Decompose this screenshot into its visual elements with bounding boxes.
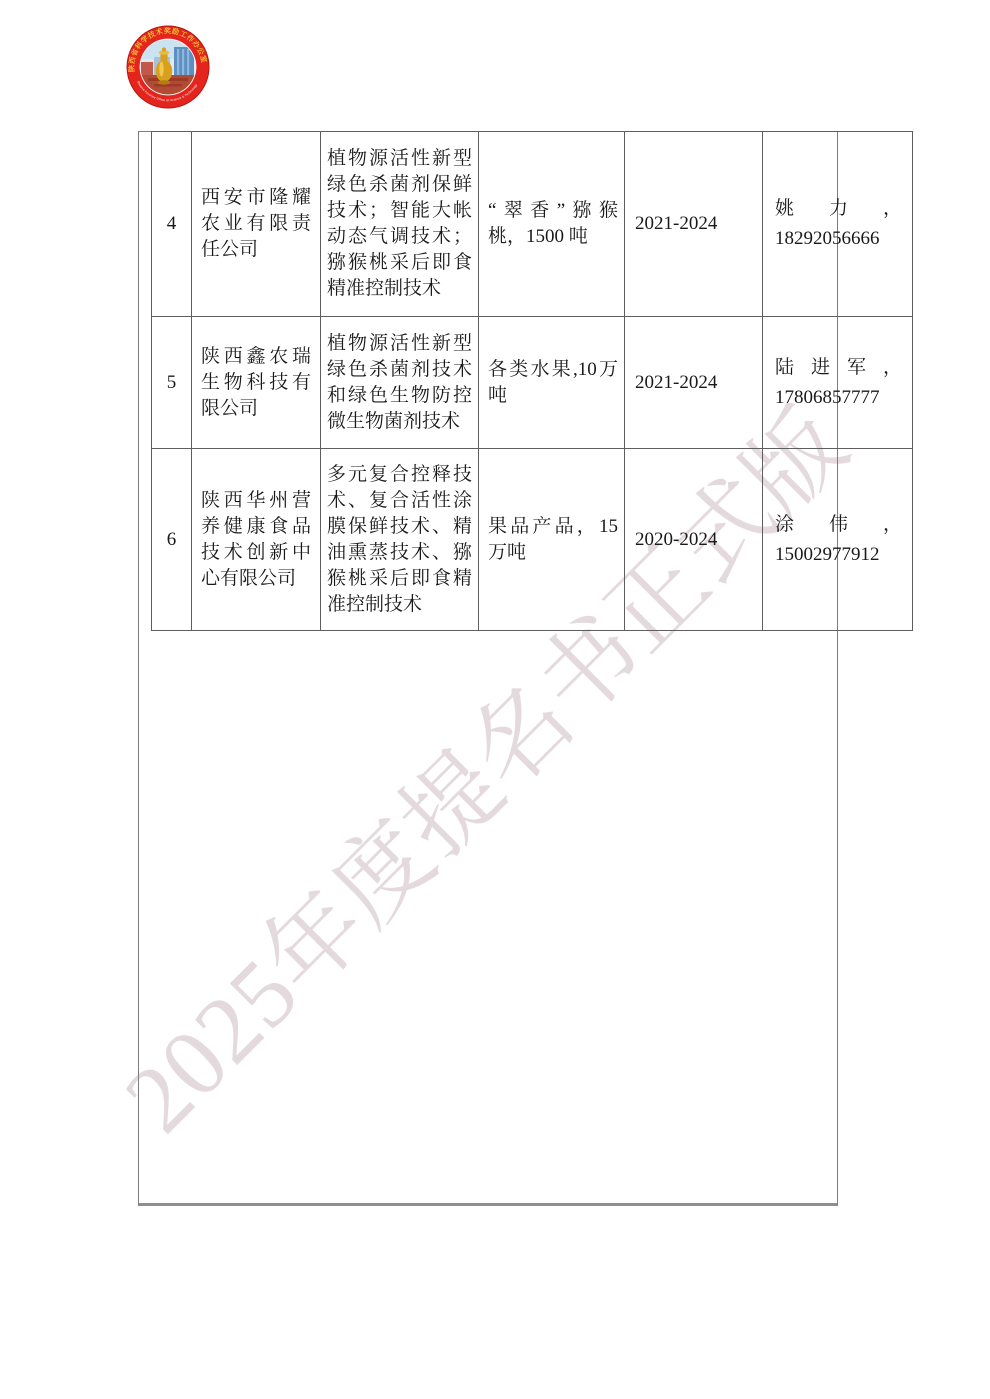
contact-name: 涂伟， [775,510,902,540]
serial-cell: 4 [152,132,192,317]
years-cell: 2020-2024 [625,449,763,631]
contact-phone: 17806857777 [775,383,902,413]
years-cell: 2021-2024 [625,132,763,317]
contact-name: 陆进军， [775,353,902,383]
contact-phone: 18292056666 [775,224,902,254]
document-page: 2025年度提名书正式版 [0,0,990,1399]
serial-cell: 6 [152,449,192,631]
table-row: 6 陕西华州营养健康食品技术创新中心有限公司 多元复合控释技术、复合活性涂膜保鲜… [152,449,913,631]
company-cell: 西安市隆耀农业有限责任公司 [192,132,321,317]
technology-cell: 植物源活性新型绿色杀菌剂技术和绿色生物防控微生物菌剂技术 [321,317,479,449]
company-cell: 陕西鑫农瑞生物科技有限公司 [192,317,321,449]
contact-phone: 15002977912 [775,540,902,570]
serial-cell: 5 [152,317,192,449]
technology-cell: 植物源活性新型绿色杀菌剂保鲜技术；智能大帐动态气调技术；猕猴桃采后即食精准控制技… [321,132,479,317]
years-cell: 2021-2024 [625,317,763,449]
product-cell: “翠香”猕猴桃，1500 吨 [479,132,625,317]
table-row: 5 陕西鑫农瑞生物科技有限公司 植物源活性新型绿色杀菌剂技术和绿色生物防控微生物… [152,317,913,449]
product-cell: 各类水果,10万吨 [479,317,625,449]
company-cell: 陕西华州营养健康食品技术创新中心有限公司 [192,449,321,631]
contact-name: 姚力， [775,194,902,224]
building-icon [141,62,153,75]
contact-cell: 涂伟， 15002977912 [763,449,913,631]
table-row: 4 西安市隆耀农业有限责任公司 植物源活性新型绿色杀菌剂保鲜技术；智能大帐动态气… [152,132,913,317]
contact-cell: 陆进军， 17806857777 [763,317,913,449]
org-seal-logo: 陕西省科学技术奖励工作办公室 Shaanxi Province Office O… [126,25,210,109]
product-cell: 果品产品，15万吨 [479,449,625,631]
contact-cell: 姚力， 18292056666 [763,132,913,317]
nomination-table: 4 西安市隆耀农业有限责任公司 植物源活性新型绿色杀菌剂保鲜技术；智能大帐动态气… [151,131,913,631]
technology-cell: 多元复合控释技术、复合活性涂膜保鲜技术、精油熏蒸技术、猕猴桃采后即食精准控制技术 [321,449,479,631]
